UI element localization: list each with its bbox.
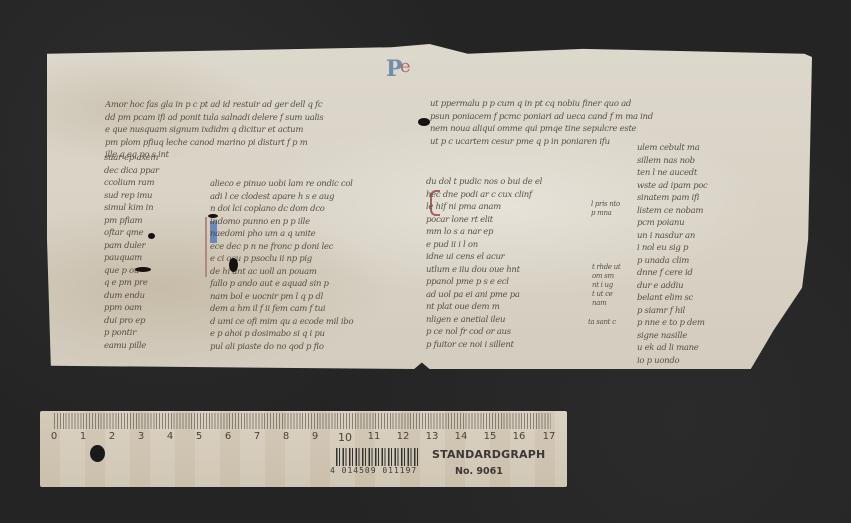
text-line: signe nasille bbox=[637, 330, 717, 343]
text-line: naedomi pho um a q unite bbox=[210, 228, 385, 241]
text-line: idne ui cens el acur bbox=[426, 251, 591, 264]
text-line: p nne e to p dem bbox=[637, 317, 717, 330]
measuring-ruler: 0 1 2 3 4 5 6 7 8 9 10 11 12 13 14 15 16… bbox=[40, 411, 567, 487]
text-line: e pud ii i l on bbox=[426, 239, 591, 252]
header-mark: e bbox=[400, 56, 411, 77]
far-right-column: ulem cebult ma sillem nas nob ten l ne a… bbox=[637, 142, 717, 367]
text-line: dum endu bbox=[104, 290, 166, 303]
margin-note: p mna bbox=[591, 209, 631, 218]
text-line: nam bol e uocnir pm l q p dl bbox=[210, 291, 385, 304]
text-line: ppanol pme p s e ecl bbox=[426, 276, 591, 289]
margin-notes-lower: t rhde ut om sm nt i ug t ut ce nam bbox=[592, 263, 634, 308]
text-line: dec dica ppar bbox=[104, 165, 166, 178]
ink-blot bbox=[229, 258, 238, 272]
top-right-text-block: ut ppermalu p p cum q in pt cq nobiu fin… bbox=[430, 98, 730, 148]
margin-notes-upper: l pris nto p mna bbox=[591, 200, 631, 218]
ruler-label: 9 bbox=[312, 431, 318, 442]
text-line: p unada clim bbox=[637, 255, 717, 268]
text-line: nligen e anetial ileu bbox=[426, 314, 591, 327]
text-line: pul ali piaste do no qod p fio bbox=[210, 341, 385, 354]
ink-blot bbox=[148, 233, 155, 239]
barcode bbox=[336, 448, 420, 466]
ink-blot bbox=[418, 118, 430, 126]
margin-note: nt i ug bbox=[592, 281, 634, 290]
text-line: sillem nas nob bbox=[637, 155, 717, 168]
ruler-label: 5 bbox=[196, 431, 202, 442]
text-line: listem ce nobam bbox=[637, 205, 717, 218]
text-line: sud rep imu bbox=[104, 190, 166, 203]
ruler-label: 6 bbox=[225, 431, 231, 442]
text-line: nt plat oue dem m bbox=[426, 301, 591, 314]
text-line: pam duler bbox=[104, 240, 166, 253]
text-line: pm pfiam bbox=[104, 215, 166, 228]
text-line: dd pm pcam ifi ad ponit tula salnadi del… bbox=[105, 112, 410, 125]
ruler-label: 11 bbox=[368, 431, 381, 442]
text-line: p siamr f hil bbox=[637, 305, 717, 318]
text-line: psun poniacem f pcmc poniari ad ueca can… bbox=[430, 111, 730, 124]
text-line: adi l ce clodest apare h s e aug bbox=[210, 191, 385, 204]
text-line: Amor hoc fas gla in p c pt ad id restuir… bbox=[105, 99, 410, 112]
text-line: ece dec p n ne fronc p doni lec bbox=[210, 241, 385, 254]
ruler-label: 2 bbox=[109, 431, 115, 442]
text-line: ccolium ram bbox=[104, 177, 166, 190]
margin-note: nam bbox=[592, 299, 634, 308]
text-line: e que nusquam signum ixdidm q dicitur et… bbox=[105, 124, 410, 137]
ruler-label: 0 bbox=[51, 431, 57, 442]
margin-note: t rhde ut bbox=[592, 263, 634, 272]
text-line: oftar qme bbox=[104, 227, 166, 240]
text-line: fallo p ando aut e aquad sin p bbox=[210, 278, 385, 291]
text-line: pm plom pfiuq leche canod marino pi dist… bbox=[105, 137, 410, 150]
text-line: le hif ni pma anam bbox=[426, 201, 591, 214]
ruler-label: 14 bbox=[455, 431, 468, 442]
text-line: q e pm pre bbox=[104, 277, 166, 290]
ruler-label: 16 bbox=[513, 431, 526, 442]
text-line: que p ou bbox=[104, 265, 166, 278]
text-line: p ce nol fr cod or aus bbox=[426, 326, 591, 339]
text-line: sinatem pam ifi bbox=[637, 192, 717, 205]
margin-note: om sm bbox=[592, 272, 634, 281]
ruler-label: 10 bbox=[338, 431, 352, 444]
text-line: ten l ne aucedt bbox=[637, 167, 717, 180]
text-line: indomo punno en p p ille bbox=[210, 216, 385, 229]
text-line: du dol t pudic nos o bui de el bbox=[426, 176, 591, 189]
text-line: nem noua aliqui omme qui pmqe tine sepul… bbox=[430, 123, 730, 136]
text-line: d umi ce ofi mim qu a ecode mil ibo bbox=[210, 316, 385, 329]
text-line: pcm poianu bbox=[637, 217, 717, 230]
ruler-model-number: No. 9061 bbox=[455, 466, 503, 477]
text-line: alieco e pinuo uobi lam re ondic col bbox=[210, 178, 385, 191]
ink-blot bbox=[208, 214, 218, 218]
ruler-label: 3 bbox=[138, 431, 144, 442]
text-line: p fuitor ce noi i sillent bbox=[426, 339, 591, 352]
ruler-hanging-hole bbox=[90, 445, 105, 462]
margin-note: ta sant c bbox=[588, 318, 633, 327]
text-line: mm lo s a nar ep bbox=[426, 226, 591, 239]
text-line: pauquam bbox=[104, 252, 166, 265]
ruler-brand: STANDARDGRAPH bbox=[432, 448, 545, 461]
margin-note: t ut ce bbox=[592, 290, 634, 299]
ink-blot bbox=[135, 267, 151, 272]
text-line: un i nasdur an bbox=[637, 230, 717, 243]
text-line: p pontir bbox=[104, 327, 166, 340]
right-center-column: du dol t pudic nos o bui de el hec dne p… bbox=[426, 176, 591, 351]
margin-note-bottom: ta sant c bbox=[588, 318, 633, 327]
text-line: ut ppermalu p p cum q in pt cq nobiu fin… bbox=[430, 98, 730, 111]
text-line: wste ad ipam poc bbox=[637, 180, 717, 193]
text-line: belant elim sc bbox=[637, 292, 717, 305]
ruler-label: 13 bbox=[426, 431, 439, 442]
text-line: pocar lone rt elit bbox=[426, 214, 591, 227]
text-line: n doi lci coplano dc dom dco bbox=[210, 203, 385, 216]
text-line: ad uol pa ei ani pme pa bbox=[426, 289, 591, 302]
ruler-ticks bbox=[54, 413, 551, 429]
text-line: dnne f cere id bbox=[637, 267, 717, 280]
text-line: ulem cebult ma bbox=[637, 142, 717, 155]
text-line: u ek ad li mane bbox=[637, 342, 717, 355]
text-line: eamu pille bbox=[104, 340, 166, 353]
margin-note: l pris nto bbox=[591, 200, 631, 209]
ruler-label: 1 bbox=[80, 431, 86, 442]
ruler-label: 15 bbox=[484, 431, 497, 442]
text-line: simul kim in bbox=[104, 202, 166, 215]
text-line: hec dne podi ar c cux clinf bbox=[426, 189, 591, 202]
text-line: e p ahoi p dosimabo si q i pu bbox=[210, 328, 385, 341]
left-column: suar ep axem dec dica ppar ccolium ram s… bbox=[104, 152, 166, 352]
text-line: dem a hm il f ii fem cam f tui bbox=[210, 303, 385, 316]
ruler-label: 8 bbox=[283, 431, 289, 442]
text-line: dui pro ep bbox=[104, 315, 166, 328]
text-line: io p uondo bbox=[637, 355, 717, 368]
text-line: dur e addiu bbox=[637, 280, 717, 293]
text-line: suar ep axem bbox=[104, 152, 166, 165]
ruler-label: 4 bbox=[167, 431, 173, 442]
ruler-label: 17 bbox=[543, 431, 556, 442]
text-line: utlum e iiu dou oue hnt bbox=[426, 264, 591, 277]
text-line: ppm oam bbox=[104, 302, 166, 315]
ruler-label: 7 bbox=[254, 431, 260, 442]
ruler-label: 12 bbox=[397, 431, 410, 442]
text-line: i nol eu sig p bbox=[637, 242, 717, 255]
barcode-number: 4 014509 011197 bbox=[330, 466, 417, 475]
